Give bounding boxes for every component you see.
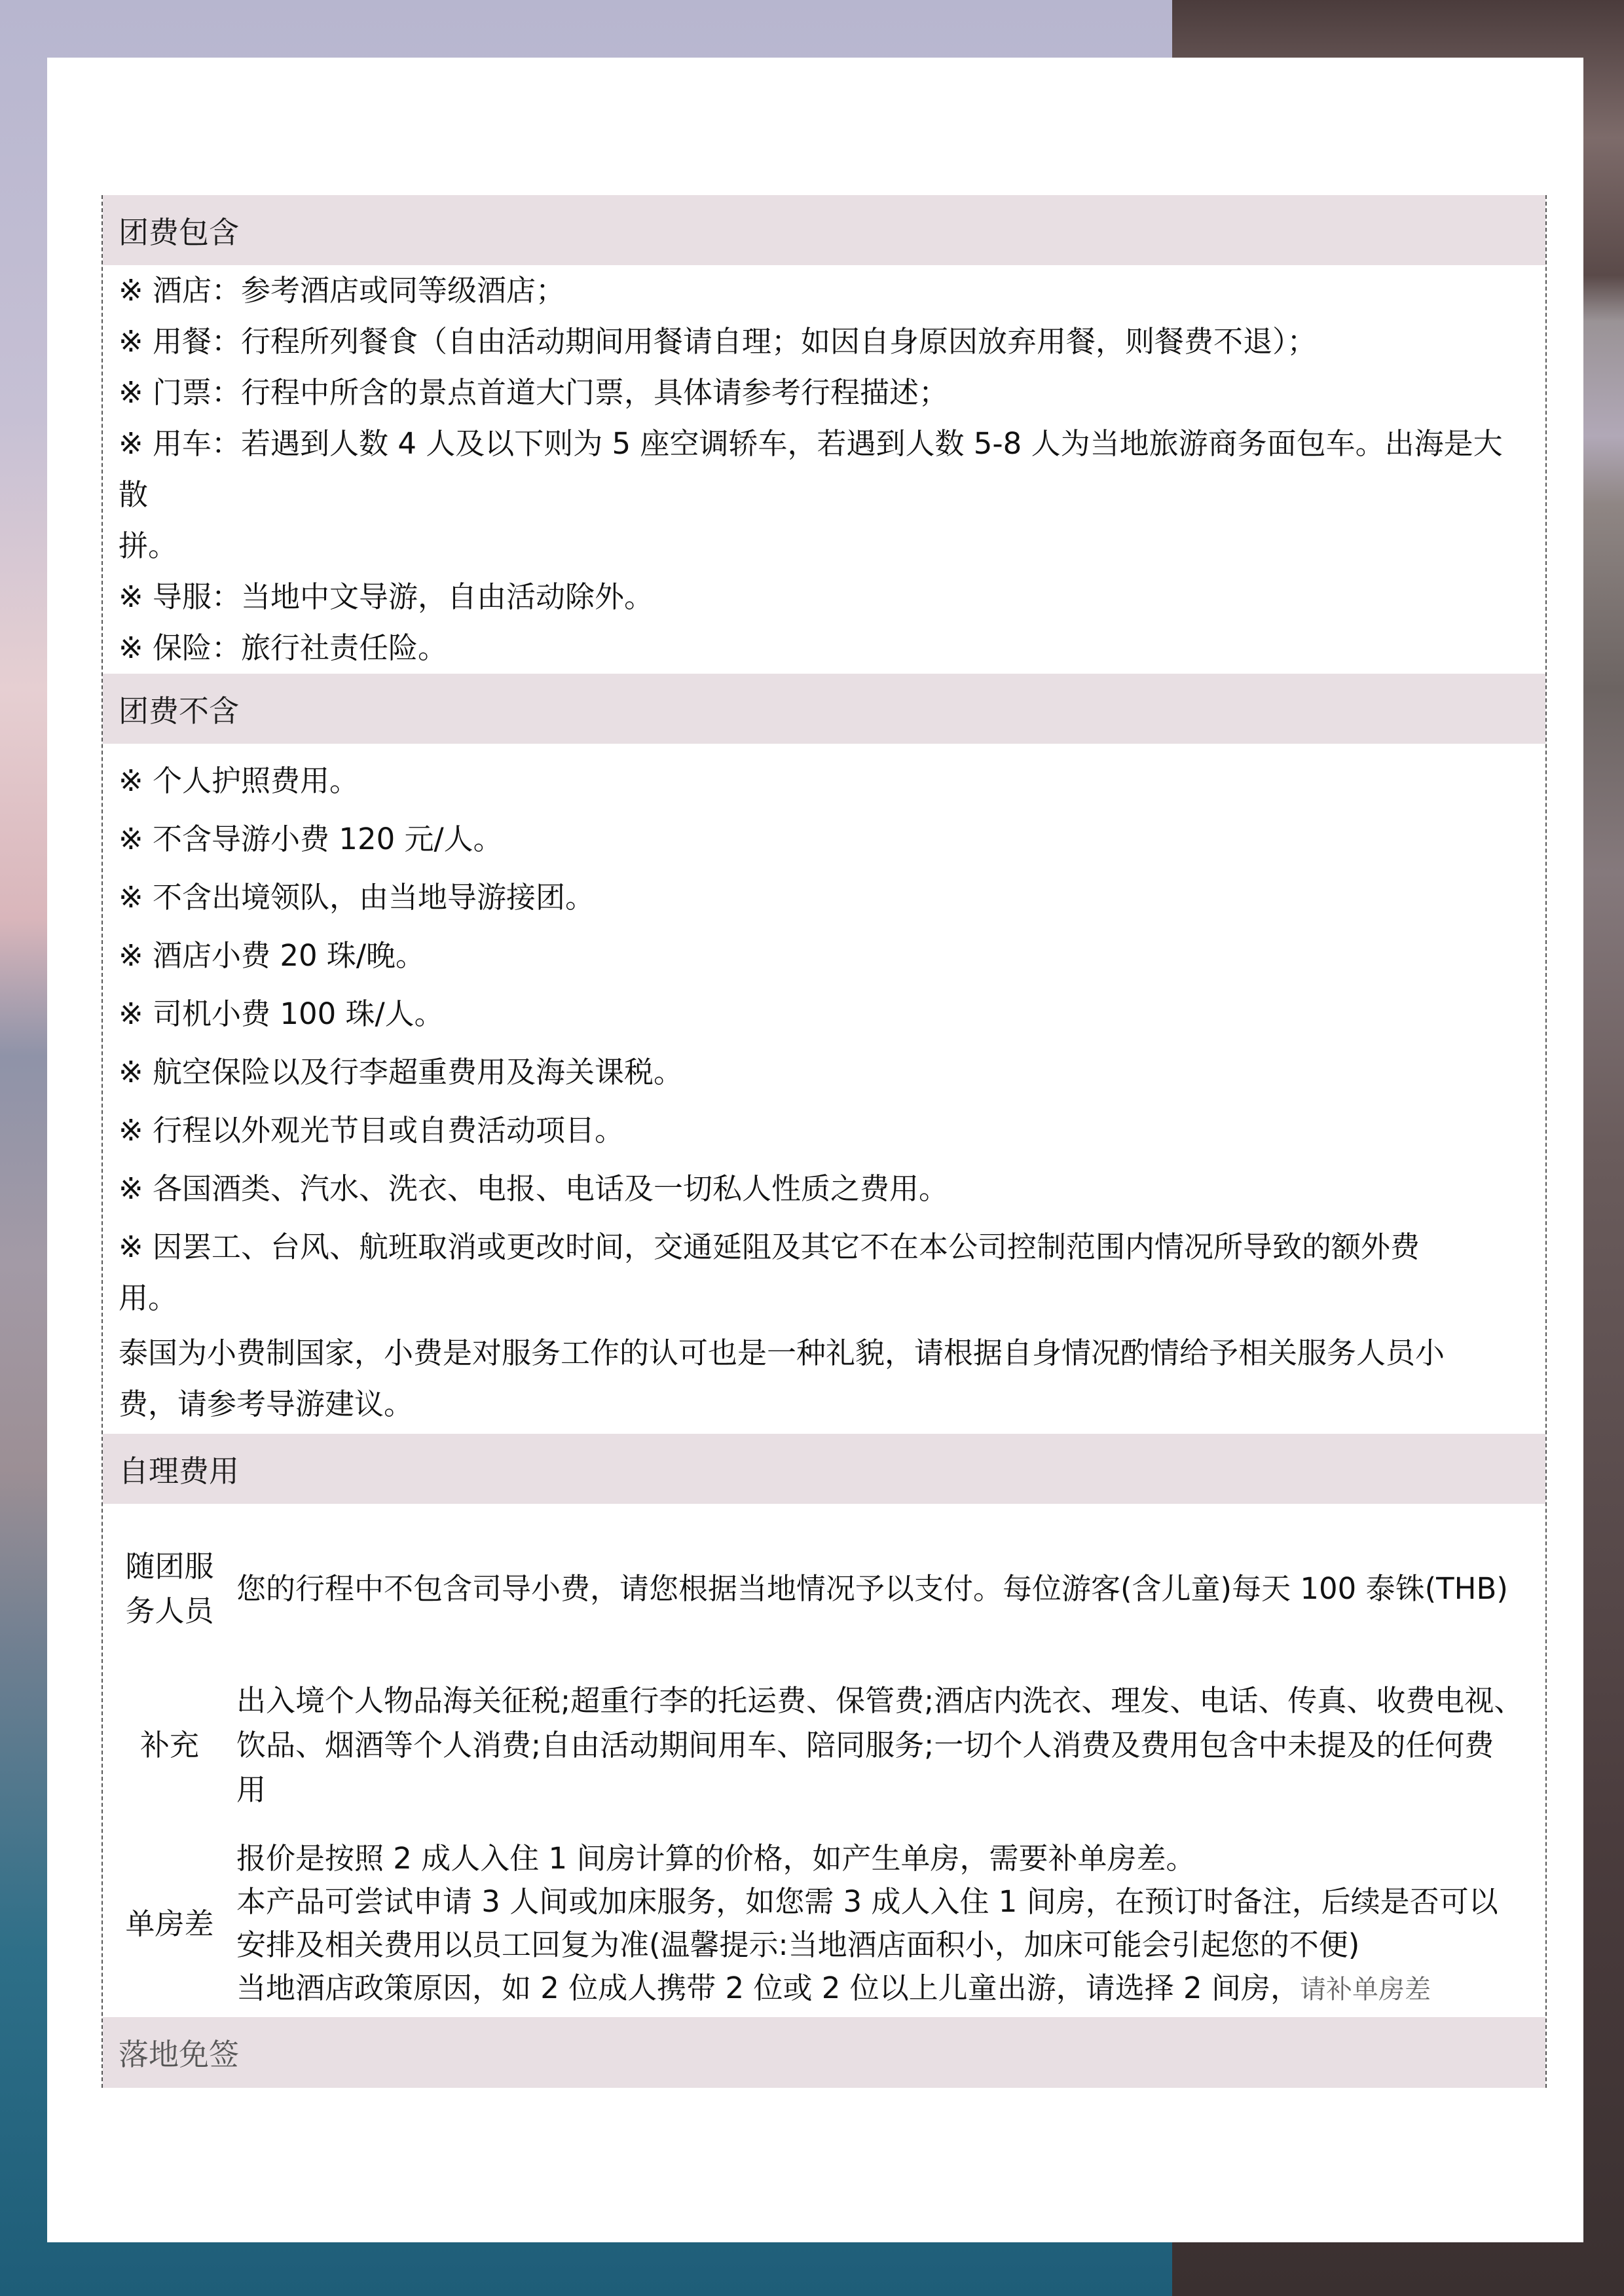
row-content-line: 报价是按照 2 成人入住 1 间房计算的价格，如产生单房，需要补单房差。 [236, 1837, 1532, 1880]
section-title-visa: 落地免签 [119, 2031, 239, 2074]
excluded-item: ※ 各国酒类、汽水、洗衣、电报、电话及一切私人性质之费用。 [119, 1159, 1530, 1218]
tipping-note: 泰国为小费制国家，小费是对服务工作的认可也是一种礼貌，请根据自身情况酌情给予相关… [119, 1328, 1530, 1434]
section-header-excluded: 团费不含 [103, 674, 1545, 744]
single-room-tail-note: 请补单房差 [1300, 1975, 1431, 2005]
excluded-item-line: ※ 因罢工、台风、航班取消或更改时间，交通延阻及其它不在本公司控制范围内情况所导… [119, 1222, 1530, 1273]
section-header-included: 团费包含 [103, 195, 1545, 265]
self-paid-row-supplement: 补充 出入境个人物品海关征税;超重行李的托运费、保管费;酒店内洗衣、理发、电话、… [103, 1660, 1545, 1831]
row-label: 单房差 [103, 1902, 236, 1946]
row-label-line: 随团服 [103, 1544, 236, 1589]
included-list: ※ 酒店：参考酒店或同等级酒店； ※ 用餐：行程所列餐食（自由活动期间用餐请自理… [103, 265, 1545, 674]
included-item: ※ 酒店：参考酒店或同等级酒店； [119, 265, 1530, 316]
row-content-line: 当地酒店政策原因，如 2 位成人携带 2 位或 2 位以上儿童出游，请选择 2 … [236, 1967, 1532, 2011]
row-content-line: 出入境个人物品海关征税;超重行李的托运费、保管费;酒店内洗衣、理发、电话、传真、… [236, 1679, 1532, 1723]
tipping-note-line: 泰国为小费制国家，小费是对服务工作的认可也是一种礼貌，请根据自身情况酌情给予相关… [119, 1328, 1530, 1379]
row-content-line: 饮品、烟酒等个人消费;自由活动期间用车、陪同服务;一切个人消费及费用包含中未提及… [236, 1723, 1532, 1768]
excluded-list: ※ 个人护照费用。 ※ 不含导游小费 120 元/人。 ※ 不含出境领队，由当地… [103, 744, 1545, 1434]
excluded-item-force-majeure: ※ 因罢工、台风、航班取消或更改时间，交通延阻及其它不在本公司控制范围内情况所导… [119, 1222, 1530, 1324]
row-label-line: 补充 [103, 1723, 236, 1768]
row-content: 报价是按照 2 成人入住 1 间房计算的价格，如产生单房，需要补单房差。 本产品… [236, 1837, 1545, 2011]
row-label-line: 单房差 [103, 1902, 236, 1946]
excluded-item: ※ 个人护照费用。 [119, 752, 1530, 810]
row-content-line: 您的行程中不包含司导小费，请您根据当地情况予以支付。每位游客(含儿童)每天 10… [236, 1567, 1532, 1611]
row-content-line: 本产品可尝试申请 3 人间或加床服务，如您需 3 成人入住 1 间房，在预订时备… [236, 1880, 1532, 1923]
excluded-item: ※ 司机小费 100 珠/人。 [119, 985, 1530, 1043]
row-label: 补充 [103, 1723, 236, 1768]
row-content-text: 当地酒店政策原因，如 2 位成人携带 2 位或 2 位以上儿童出游，请选择 2 … [236, 1971, 1300, 2005]
section-header-self-paid: 自理费用 [103, 1434, 1545, 1504]
included-item: 拼。 [119, 520, 1530, 572]
tipping-note-line: 费，请参考导游建议。 [119, 1379, 1530, 1430]
excluded-item-line: 用。 [119, 1273, 1530, 1324]
section-title-excluded: 团费不含 [119, 687, 239, 731]
row-content: 出入境个人物品海关征税;超重行李的托运费、保管费;酒店内洗衣、理发、电话、传真、… [236, 1679, 1545, 1812]
section-header-visa: 落地免签 [103, 2017, 1545, 2088]
included-item: ※ 导服：当地中文导游，自由活动除外。 [119, 572, 1530, 623]
excluded-item: ※ 不含出境领队，由当地导游接团。 [119, 868, 1530, 926]
fee-table: 团费包含 ※ 酒店：参考酒店或同等级酒店； ※ 用餐：行程所列餐食（自由活动期间… [101, 195, 1547, 2088]
included-item: ※ 保险：旅行社责任险。 [119, 623, 1530, 674]
self-paid-row-staff: 随团服 务人员 您的行程中不包含司导小费，请您根据当地情况予以支付。每位游客(含… [103, 1518, 1545, 1660]
excluded-item: ※ 航空保险以及行李超重费用及海关课税。 [119, 1043, 1530, 1101]
included-item: ※ 门票：行程中所含的景点首道大门票，具体请参考行程描述； [119, 367, 1530, 418]
included-item: ※ 用车：若遇到人数 4 人及以下则为 5 座空调轿车，若遇到人数 5-8 人为… [119, 418, 1530, 520]
self-paid-row-single-room: 单房差 报价是按照 2 成人入住 1 间房计算的价格，如产生单房，需要补单房差。… [103, 1831, 1545, 2017]
row-content-line: 用 [236, 1768, 1532, 1812]
row-content: 您的行程中不包含司导小费，请您根据当地情况予以支付。每位游客(含儿童)每天 10… [236, 1567, 1545, 1611]
excluded-item: ※ 行程以外观光节目或自费活动项目。 [119, 1101, 1530, 1159]
row-content-line: 安排及相关费用以员工回复为准(温馨提示:当地酒店面积小，加床可能会引起您的不便) [236, 1923, 1532, 1967]
section-title-self-paid: 自理费用 [119, 1448, 239, 1491]
excluded-item: ※ 酒店小费 20 珠/晚。 [119, 926, 1530, 985]
section-title-included: 团费包含 [119, 209, 239, 252]
row-label-line: 务人员 [103, 1589, 236, 1633]
included-item: ※ 用餐：行程所列餐食（自由活动期间用餐请自理；如因自身原因放弃用餐，则餐费不退… [119, 316, 1530, 367]
excluded-item: ※ 不含导游小费 120 元/人。 [119, 810, 1530, 868]
row-label: 随团服 务人员 [103, 1544, 236, 1633]
